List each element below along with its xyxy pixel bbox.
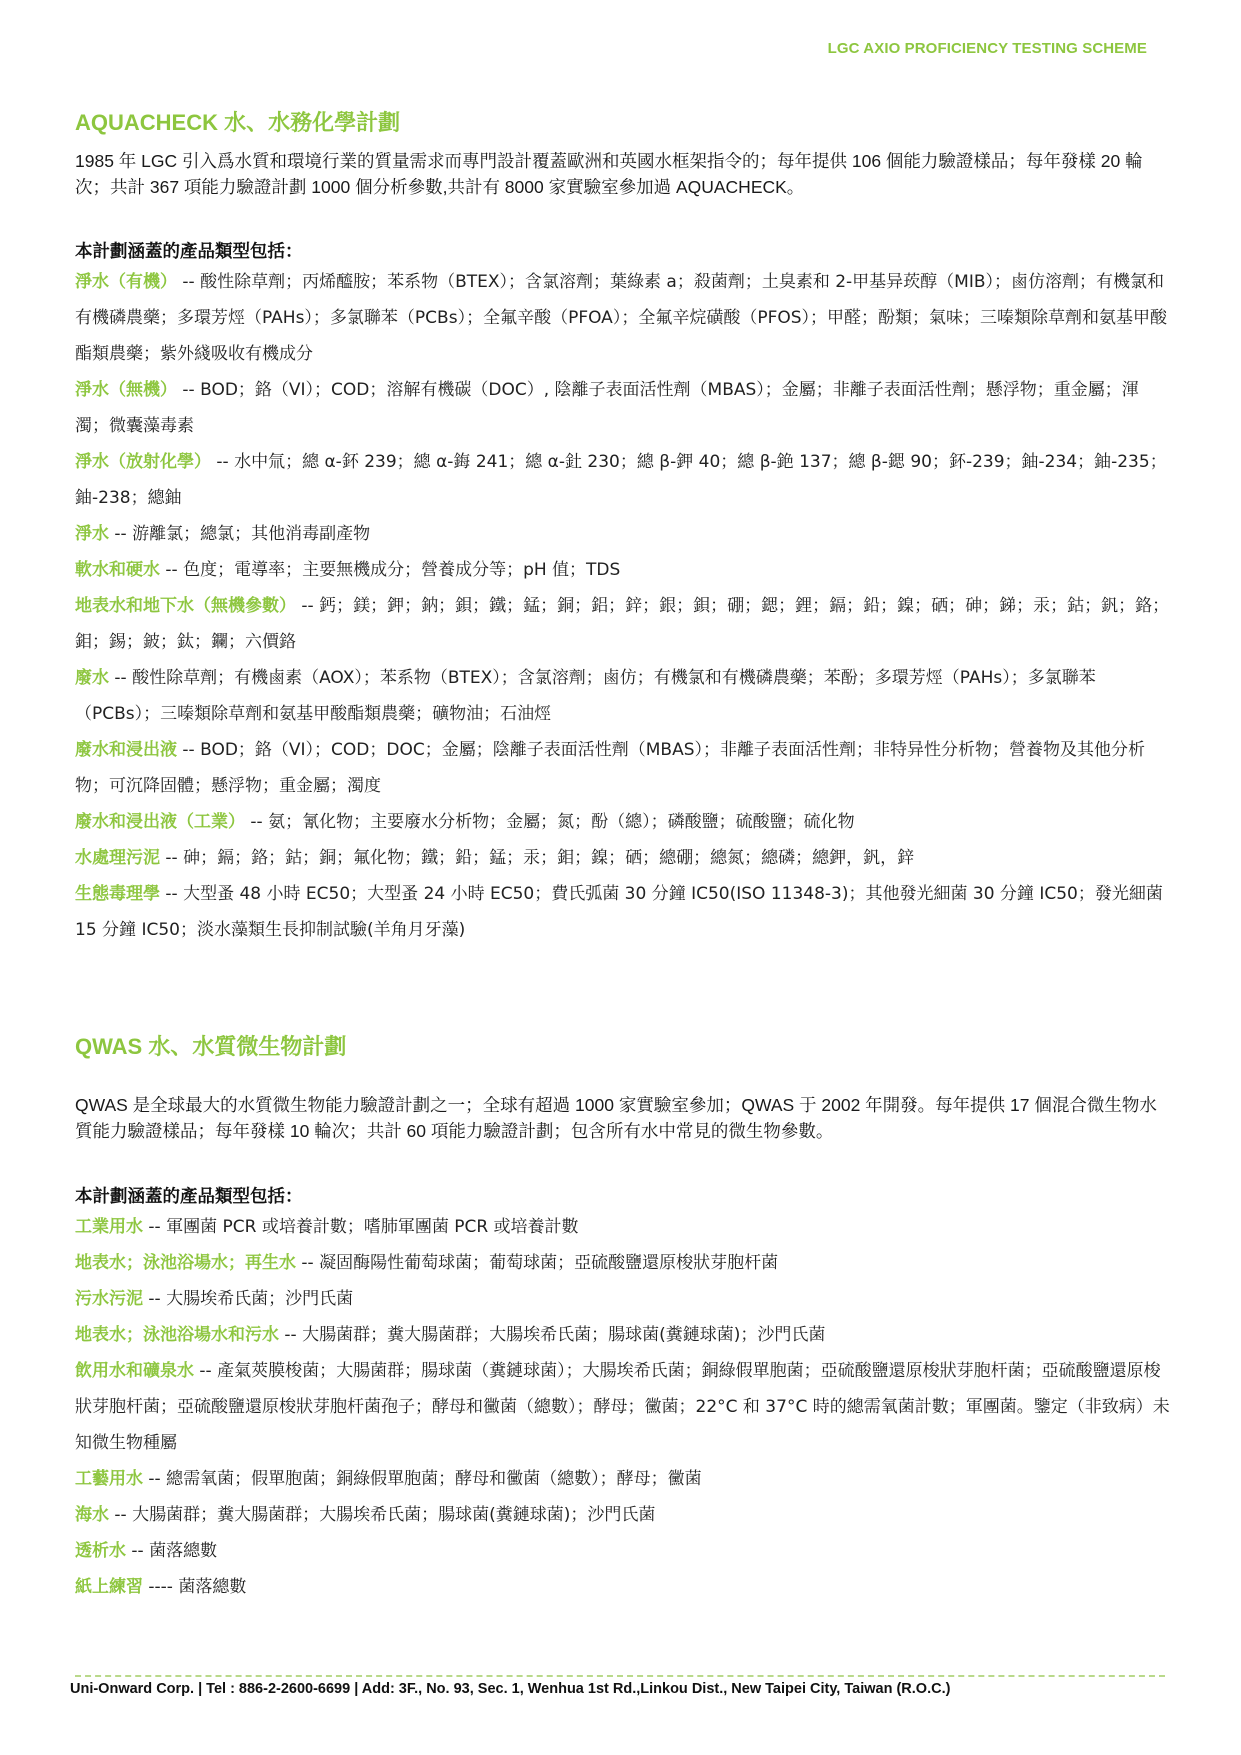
item-text: -- 菌落總數: [126, 1541, 217, 1561]
item-text: -- 大腸菌群；糞大腸菌群；大腸埃希氏菌；腸球菌(糞鏈球菌)；沙門氏菌: [279, 1325, 825, 1345]
item-text: -- 酸性除草劑；丙烯醯胺；苯系物（BTEX）；含氯溶劑；葉綠素 a；殺菌劑；土…: [75, 272, 1167, 364]
list-item: 飲用水和礦泉水 -- 產氣莢膜梭菌；大腸菌群；腸球菌（糞鏈球菌）；大腸埃希氏菌；…: [75, 1353, 1170, 1461]
item-text: -- 砷；鎘；鉻；鈷；銅；氟化物；鐵；鉛；錳；汞；鉬；鎳；硒；總硼；總氮；總磷；…: [160, 848, 914, 868]
item-label: 淨水（放射化學）: [75, 452, 211, 472]
item-text: -- 游離氯；總氯；其他消毒副產物: [109, 524, 370, 544]
list-item: 廢水 -- 酸性除草劑；有機鹵素（AOX）；苯系物（BTEX）；含氯溶劑；鹵仿；…: [75, 660, 1170, 732]
list-item: 生態毒理學 -- 大型蚤 48 小時 EC50；大型蚤 24 小時 EC50；費…: [75, 876, 1170, 948]
item-text: -- 軍團菌 PCR 或培養計數；嗜肺軍團菌 PCR 或培養計數: [143, 1217, 579, 1237]
item-label: 地表水；泳池浴場水和污水: [75, 1325, 279, 1345]
item-text: -- 大腸菌群；糞大腸菌群；大腸埃希氏菌；腸球菌(糞鏈球菌)；沙門氏菌: [109, 1505, 655, 1525]
item-text: -- 氨；氰化物；主要廢水分析物；金屬；氮；酚（總）；磷酸鹽；硫酸鹽；硫化物: [245, 812, 855, 832]
list-item: 紙上練習 ---- 菌落總數: [75, 1569, 1170, 1605]
list-item: 淨水（有機） -- 酸性除草劑；丙烯醯胺；苯系物（BTEX）；含氯溶劑；葉綠素 …: [75, 264, 1170, 372]
list-item: 地表水；泳池浴場水；再生水 -- 凝固酶陽性葡萄球菌；葡萄球菌；亞硫酸鹽還原梭狀…: [75, 1245, 1170, 1281]
list-item: 透析水 -- 菌落總數: [75, 1533, 1170, 1569]
qwas-subtitle: 本計劃涵蓋的產品類型包括：: [75, 1183, 303, 1208]
aquacheck-subtitle: 本計劃涵蓋的產品類型包括：: [75, 238, 303, 263]
item-text: -- 大腸埃希氏菌；沙門氏菌: [143, 1289, 353, 1309]
list-item: 水處理污泥 -- 砷；鎘；鉻；鈷；銅；氟化物；鐵；鉛；錳；汞；鉬；鎳；硒；總硼；…: [75, 840, 1170, 876]
list-item: 工藝用水 -- 總需氧菌；假單胞菌；銅綠假單胞菌；酵母和黴菌（總數）；酵母；黴菌: [75, 1461, 1170, 1497]
item-label: 飲用水和礦泉水: [75, 1361, 194, 1381]
page-header-title: LGC AXIO PROFICIENCY TESTING SCHEME: [828, 40, 1147, 57]
item-text: -- 大型蚤 48 小時 EC50；大型蚤 24 小時 EC50；費氏弧菌 30…: [75, 884, 1163, 940]
qwas-intro: QWAS 是全球最大的水質微生物能力驗證計劃之一；全球有超過 1000 家實驗室…: [75, 1092, 1165, 1144]
item-label: 軟水和硬水: [75, 560, 160, 580]
list-item: 廢水和浸出液（工業） -- 氨；氰化物；主要廢水分析物；金屬；氮；酚（總）；磷酸…: [75, 804, 1170, 840]
item-label: 淨水: [75, 524, 109, 544]
qwas-list: 工業用水 -- 軍團菌 PCR 或培養計數；嗜肺軍團菌 PCR 或培養計數 地表…: [75, 1209, 1170, 1605]
item-text: -- 水中氚；總 α-鈈 239；總 α-鋂 241；總 α-釷 230；總 β…: [75, 452, 1167, 508]
item-label: 工藝用水: [75, 1469, 143, 1489]
footer-divider: [75, 1675, 1165, 1677]
item-label: 廢水和浸出液: [75, 740, 177, 760]
list-item: 廢水和浸出液 -- BOD；鉻（VI）；COD；DOC；金屬；陰離子表面活性劑（…: [75, 732, 1170, 804]
list-item: 污水污泥 -- 大腸埃希氏菌；沙門氏菌: [75, 1281, 1170, 1317]
aquacheck-list: 淨水（有機） -- 酸性除草劑；丙烯醯胺；苯系物（BTEX）；含氯溶劑；葉綠素 …: [75, 264, 1170, 948]
list-item: 地表水和地下水（無機參數） -- 鈣；鎂；鉀；鈉；鋇；鐵；錳；銅；鋁；鋅；銀；鋇…: [75, 588, 1170, 660]
list-item: 地表水；泳池浴場水和污水 -- 大腸菌群；糞大腸菌群；大腸埃希氏菌；腸球菌(糞鏈…: [75, 1317, 1170, 1353]
item-text: -- BOD；鉻（VI）；COD；DOC；金屬；陰離子表面活性劑（MBAS）；非…: [75, 740, 1145, 796]
item-label: 生態毒理學: [75, 884, 160, 904]
list-item: 工業用水 -- 軍團菌 PCR 或培養計數；嗜肺軍團菌 PCR 或培養計數: [75, 1209, 1170, 1245]
list-item: 淨水 -- 游離氯；總氯；其他消毒副產物: [75, 516, 1170, 552]
item-label: 工業用水: [75, 1217, 143, 1237]
item-label: 地表水和地下水（無機參數）: [75, 596, 296, 616]
footer-contact: Uni-Onward Corp. | Tel : 886-2-2600-6699…: [70, 1681, 950, 1697]
item-label: 紙上練習: [75, 1577, 143, 1597]
item-label: 海水: [75, 1505, 109, 1525]
item-text: -- 酸性除草劑；有機鹵素（AOX）；苯系物（BTEX）；含氯溶劑；鹵仿；有機氯…: [75, 668, 1096, 724]
item-text: -- 色度；電導率；主要無機成分；營養成分等；pH 值；TDS: [160, 560, 620, 580]
qwas-title: QWAS 水、水質微生物計劃: [75, 1030, 346, 1061]
aquacheck-intro: 1985 年 LGC 引入爲水質和環境行業的質量需求而專門設計覆蓋歐洲和英國水框…: [75, 148, 1165, 200]
item-label: 淨水（有機）: [75, 272, 177, 292]
list-item: 淨水（放射化學） -- 水中氚；總 α-鈈 239；總 α-鋂 241；總 α-…: [75, 444, 1170, 516]
list-item: 軟水和硬水 -- 色度；電導率；主要無機成分；營養成分等；pH 值；TDS: [75, 552, 1170, 588]
item-label: 廢水: [75, 668, 109, 688]
item-text: -- 總需氧菌；假單胞菌；銅綠假單胞菌；酵母和黴菌（總數）；酵母；黴菌: [143, 1469, 702, 1489]
aquacheck-title: AQUACHECK 水、水務化學計劃: [75, 106, 400, 137]
item-text: -- BOD；鉻（VI）；COD；溶解有機碳（DOC）, 陰離子表面活性劑（MB…: [75, 380, 1139, 436]
item-label: 污水污泥: [75, 1289, 143, 1309]
list-item: 淨水（無機） -- BOD；鉻（VI）；COD；溶解有機碳（DOC）, 陰離子表…: [75, 372, 1170, 444]
item-text: -- 產氣莢膜梭菌；大腸菌群；腸球菌（糞鏈球菌）；大腸埃希氏菌；銅綠假單胞菌；亞…: [75, 1361, 1170, 1453]
item-label: 淨水（無機）: [75, 380, 177, 400]
item-label: 地表水；泳池浴場水；再生水: [75, 1253, 296, 1273]
item-label: 廢水和浸出液（工業）: [75, 812, 245, 832]
item-label: 水處理污泥: [75, 848, 160, 868]
item-label: 透析水: [75, 1541, 126, 1561]
list-item: 海水 -- 大腸菌群；糞大腸菌群；大腸埃希氏菌；腸球菌(糞鏈球菌)；沙門氏菌: [75, 1497, 1170, 1533]
item-text: -- 凝固酶陽性葡萄球菌；葡萄球菌；亞硫酸鹽還原梭狀芽胞杆菌: [296, 1253, 778, 1273]
item-text: ---- 菌落總數: [143, 1577, 246, 1597]
